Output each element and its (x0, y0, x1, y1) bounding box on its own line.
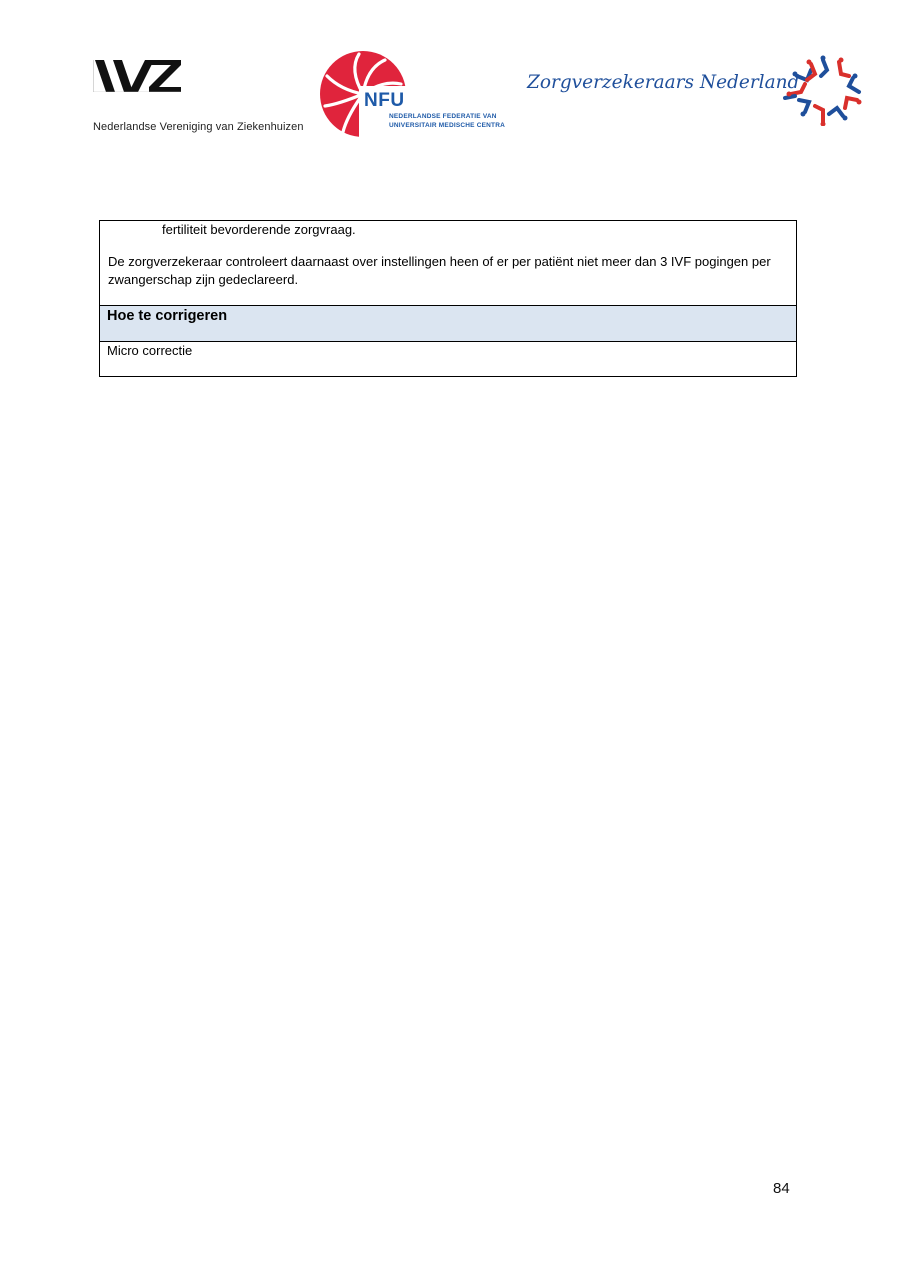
table-section-heading: Hoe te corrigeren (100, 306, 796, 342)
continued-text: fertiliteit bevorderende zorgvraag. (108, 221, 788, 239)
nfu-logo: NFU NEDERLANDSE FEDERATIE VAN UNIVERSITA… (319, 50, 519, 140)
nfu-abbreviation: NFU (364, 90, 405, 112)
table-row-correction: Micro correctie (100, 342, 796, 376)
description-paragraph: De zorgverzekeraar controleert daarnaast… (108, 253, 788, 289)
page-number: 84 (773, 1180, 790, 1197)
table-row-description: fertiliteit bevorderende zorgvraag. De z… (100, 221, 796, 306)
correction-text: Micro correctie (107, 343, 192, 358)
nfu-subtitle-line1: NEDERLANDSE FEDERATIE VAN (389, 113, 497, 120)
zn-dancing-figures-icon (783, 54, 865, 126)
nvz-caption: Nederlandse Vereniging van Ziekenhuizen (93, 121, 304, 133)
section-heading-text: Hoe te corrigeren (107, 308, 227, 324)
nvz-logo-mark-icon (93, 60, 183, 92)
zn-logo-text: Zorgverzekeraars Nederland (527, 72, 799, 93)
nfu-subtitle-line2: UNIVERSITAIR MEDISCHE CENTRA (389, 122, 505, 129)
rule-table: fertiliteit bevorderende zorgvraag. De z… (99, 220, 797, 377)
